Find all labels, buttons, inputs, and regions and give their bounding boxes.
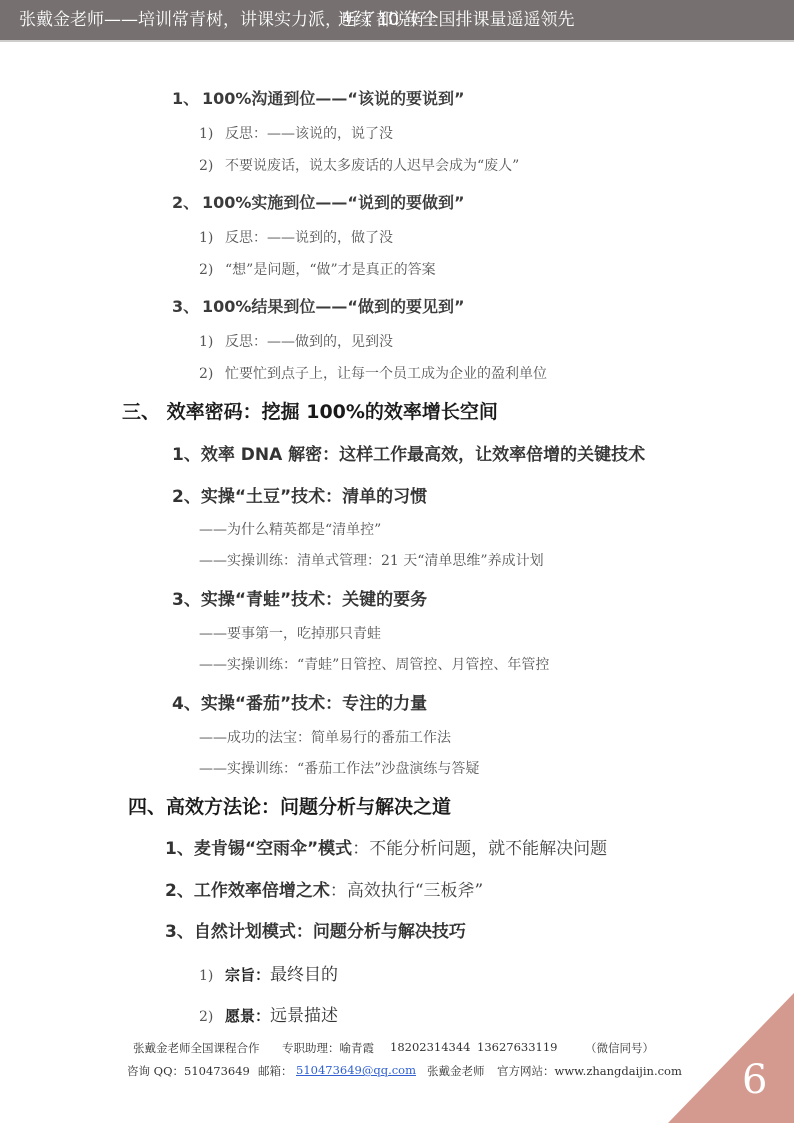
list-item: 2)忙要忙到点子上，让每一个员工成为企业的盈利单位	[199, 363, 547, 383]
list-item: ——成功的法宝：简单易行的番茄工作法	[199, 727, 451, 747]
section-item-heading: 3、100%结果到位——“做到的要见到”	[172, 294, 464, 317]
section-heading: 四、高效方法论：问题分析与解决之道	[128, 792, 451, 819]
section-item-heading: 2、100%实施到位——“说到的要做到”	[172, 190, 464, 213]
list-item: ——为什么精英都是“清单控”	[199, 519, 381, 539]
list-item: 1)反思：——做到的，见到没	[199, 331, 393, 351]
section-item-heading: 1、麦肯锡“空雨伞”模式：不能分析问题，就不能解决问题	[165, 834, 607, 859]
section-item-heading: 3、自然计划模式：问题分析与解决技巧	[165, 917, 466, 942]
list-item: 1)宗旨：最终目的	[199, 960, 338, 985]
list-item: 1)反思：——该说的，说了没	[199, 123, 393, 143]
list-item: ——要事第一，吃掉那只青蛙	[199, 623, 381, 643]
section-item-heading: 3、实操“青蛙”技术：关键的要务	[172, 585, 427, 610]
footer-qq: 咨询 QQ：510473649	[127, 1063, 250, 1079]
section-item-heading: 2、工作效率倍增之术：高效执行“三板斧”	[165, 876, 483, 901]
list-item: 2)“想”是问题，“做”才是真正的答案	[199, 259, 436, 279]
footer-phone-1: 18202314344	[390, 1040, 470, 1054]
footer-website: 官方网站：www.zhangdaijin.com	[497, 1063, 682, 1079]
footer-teacher: 张戴金老师	[427, 1063, 485, 1079]
list-item: 1)反思：——说到的，做了没	[199, 227, 393, 247]
header-tagline: 连续 10 年全国排课量遥遥领先	[338, 0, 574, 40]
page-corner-triangle	[668, 993, 794, 1123]
email-link[interactable]: 510473649@qq.com	[296, 1063, 416, 1077]
footer-phone-2: 13627633119	[477, 1040, 557, 1054]
footer-wechat-note: （微信同号）	[585, 1040, 654, 1056]
list-item: ——实操训练：清单式管理：21 天“清单思维”养成计划	[199, 550, 544, 570]
header-banner: 张戴金老师——培训常青树，讲课实力派，听了都说好！ 连续 10 年全国排课量遥遥…	[0, 0, 794, 42]
footer-assistant: 专职助理：喻青霞	[282, 1040, 374, 1056]
page-number: 6	[742, 1056, 767, 1104]
section-heading: 三、 效率密码：挖掘 100%的效率增长空间	[122, 397, 498, 424]
section-item-heading: 2、实操“土豆”技术：清单的习惯	[172, 482, 427, 507]
list-item: ——实操训练：“番茄工作法”沙盘演练与答疑	[199, 758, 479, 778]
section-item-heading: 1、效率 DNA 解密：这样工作最高效，让效率倍增的关键技术	[172, 440, 645, 465]
section-item-heading: 1、100%沟通到位——“该说的要说到”	[172, 86, 464, 109]
list-item: ——实操训练：“青蛙”日管控、周管控、月管控、年管控	[199, 654, 549, 674]
list-item: 2)不要说废话，说太多废话的人迟早会成为“废人”	[199, 155, 519, 175]
list-item: 2)愿景：远景描述	[199, 1001, 338, 1026]
footer-email-label: 邮箱：	[258, 1063, 293, 1079]
footer-cooperation: 张戴金老师全国课程合作	[133, 1040, 260, 1056]
section-item-heading: 4、实操“番茄”技术：专注的力量	[172, 689, 427, 714]
